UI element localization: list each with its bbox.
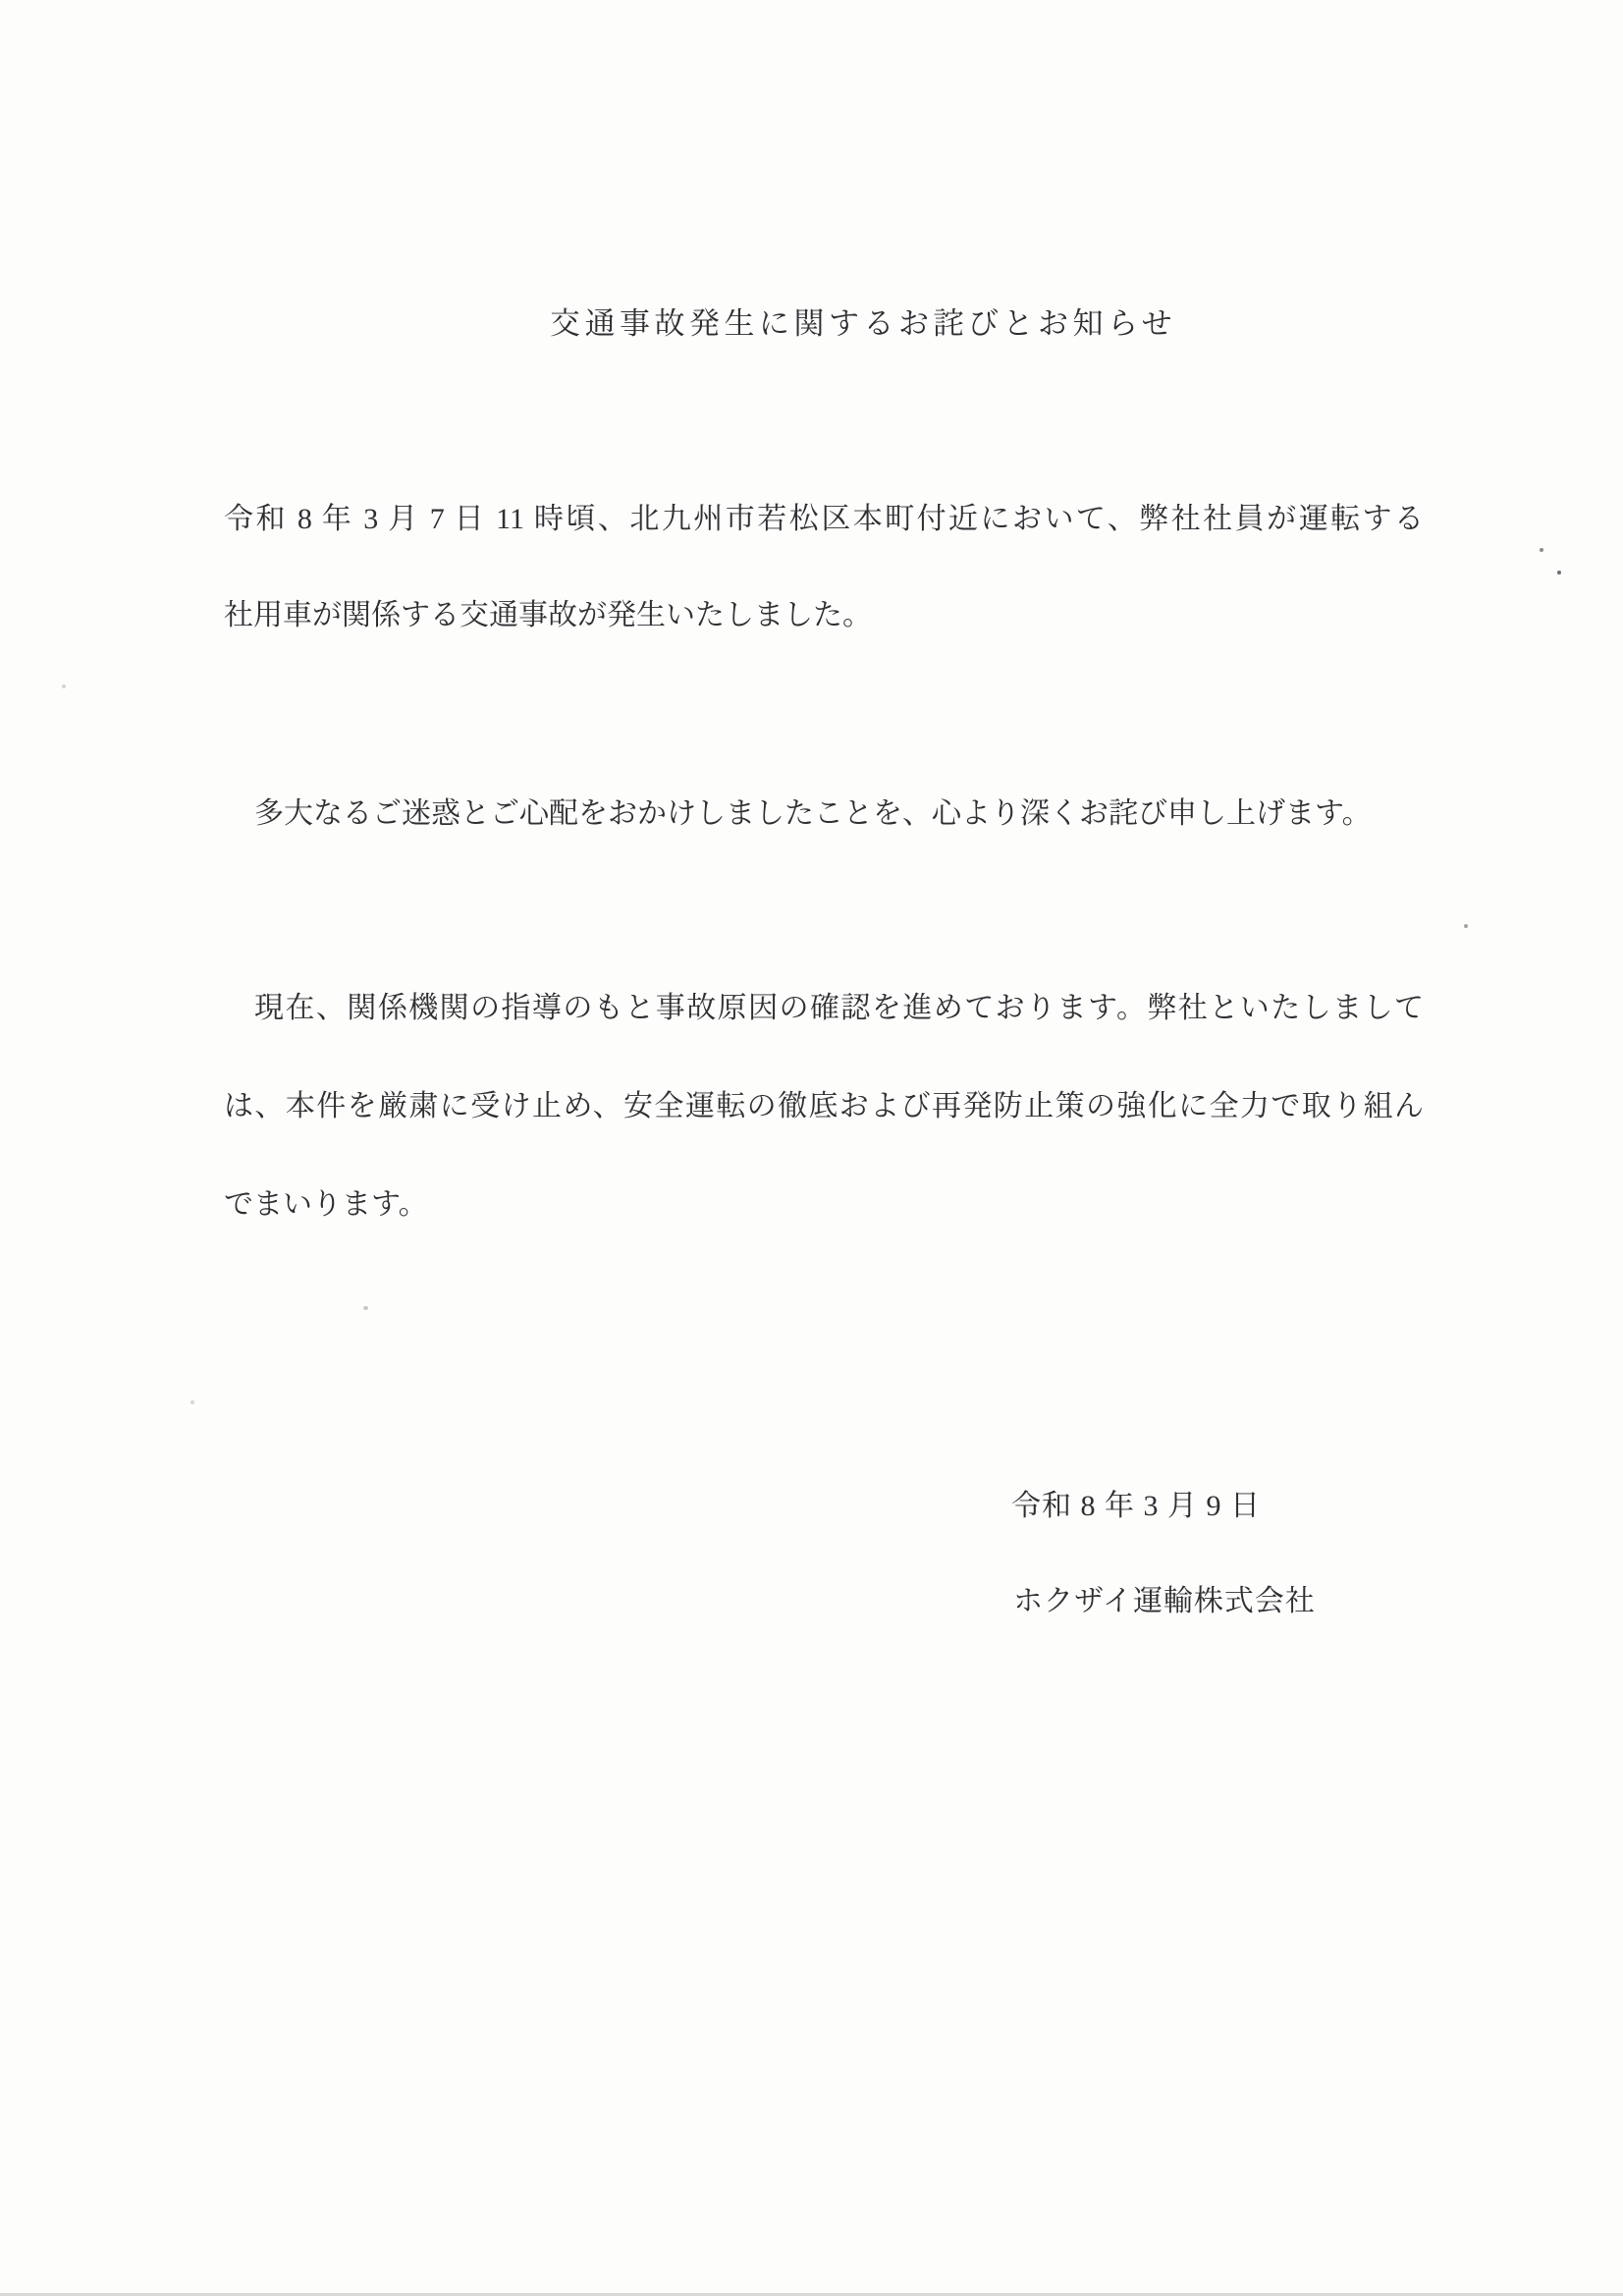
scan-speck xyxy=(62,684,66,688)
document-title: 交通事故発生に関するお詫びとお知らせ xyxy=(550,299,1176,343)
body-line-1: 令和 8 年 3 月 7 日 11 時頃、北九州市若松区本町付近において、弊社社… xyxy=(224,499,1424,540)
scan-speck xyxy=(190,1400,194,1404)
body-line-6: でまいります。 xyxy=(224,1184,1424,1226)
signature-company-name: ホクザイ運輸株式会社 xyxy=(1013,1576,1316,1619)
signature-date: 令和 8 年 3 月 9 日 xyxy=(1011,1481,1261,1524)
scan-speck xyxy=(1540,548,1543,552)
scan-speck xyxy=(1464,924,1468,928)
body-line-5: は、本件を厳粛に受け止め、安全運転の徹底および再発防止策の強化に全力で取り組ん xyxy=(224,1086,1424,1127)
body-line-3: 多大なるご迷惑とご心配をおかけしましたことを、心より深くお詫び申し上げます。 xyxy=(224,793,1424,835)
body-line-4: 現在、関係機関の指導のもと事故原因の確認を進めております。弊社といたしまして xyxy=(224,988,1424,1029)
scanned-apology-letter-page: 交通事故発生に関するお詫びとお知らせ 令和 8 年 3 月 7 日 11 時頃、… xyxy=(0,0,1623,2296)
body-line-2: 社用車が関係する交通事故が発生いたしました。 xyxy=(224,595,1424,636)
scan-speck xyxy=(363,1306,368,1310)
scan-speck xyxy=(1557,571,1561,574)
